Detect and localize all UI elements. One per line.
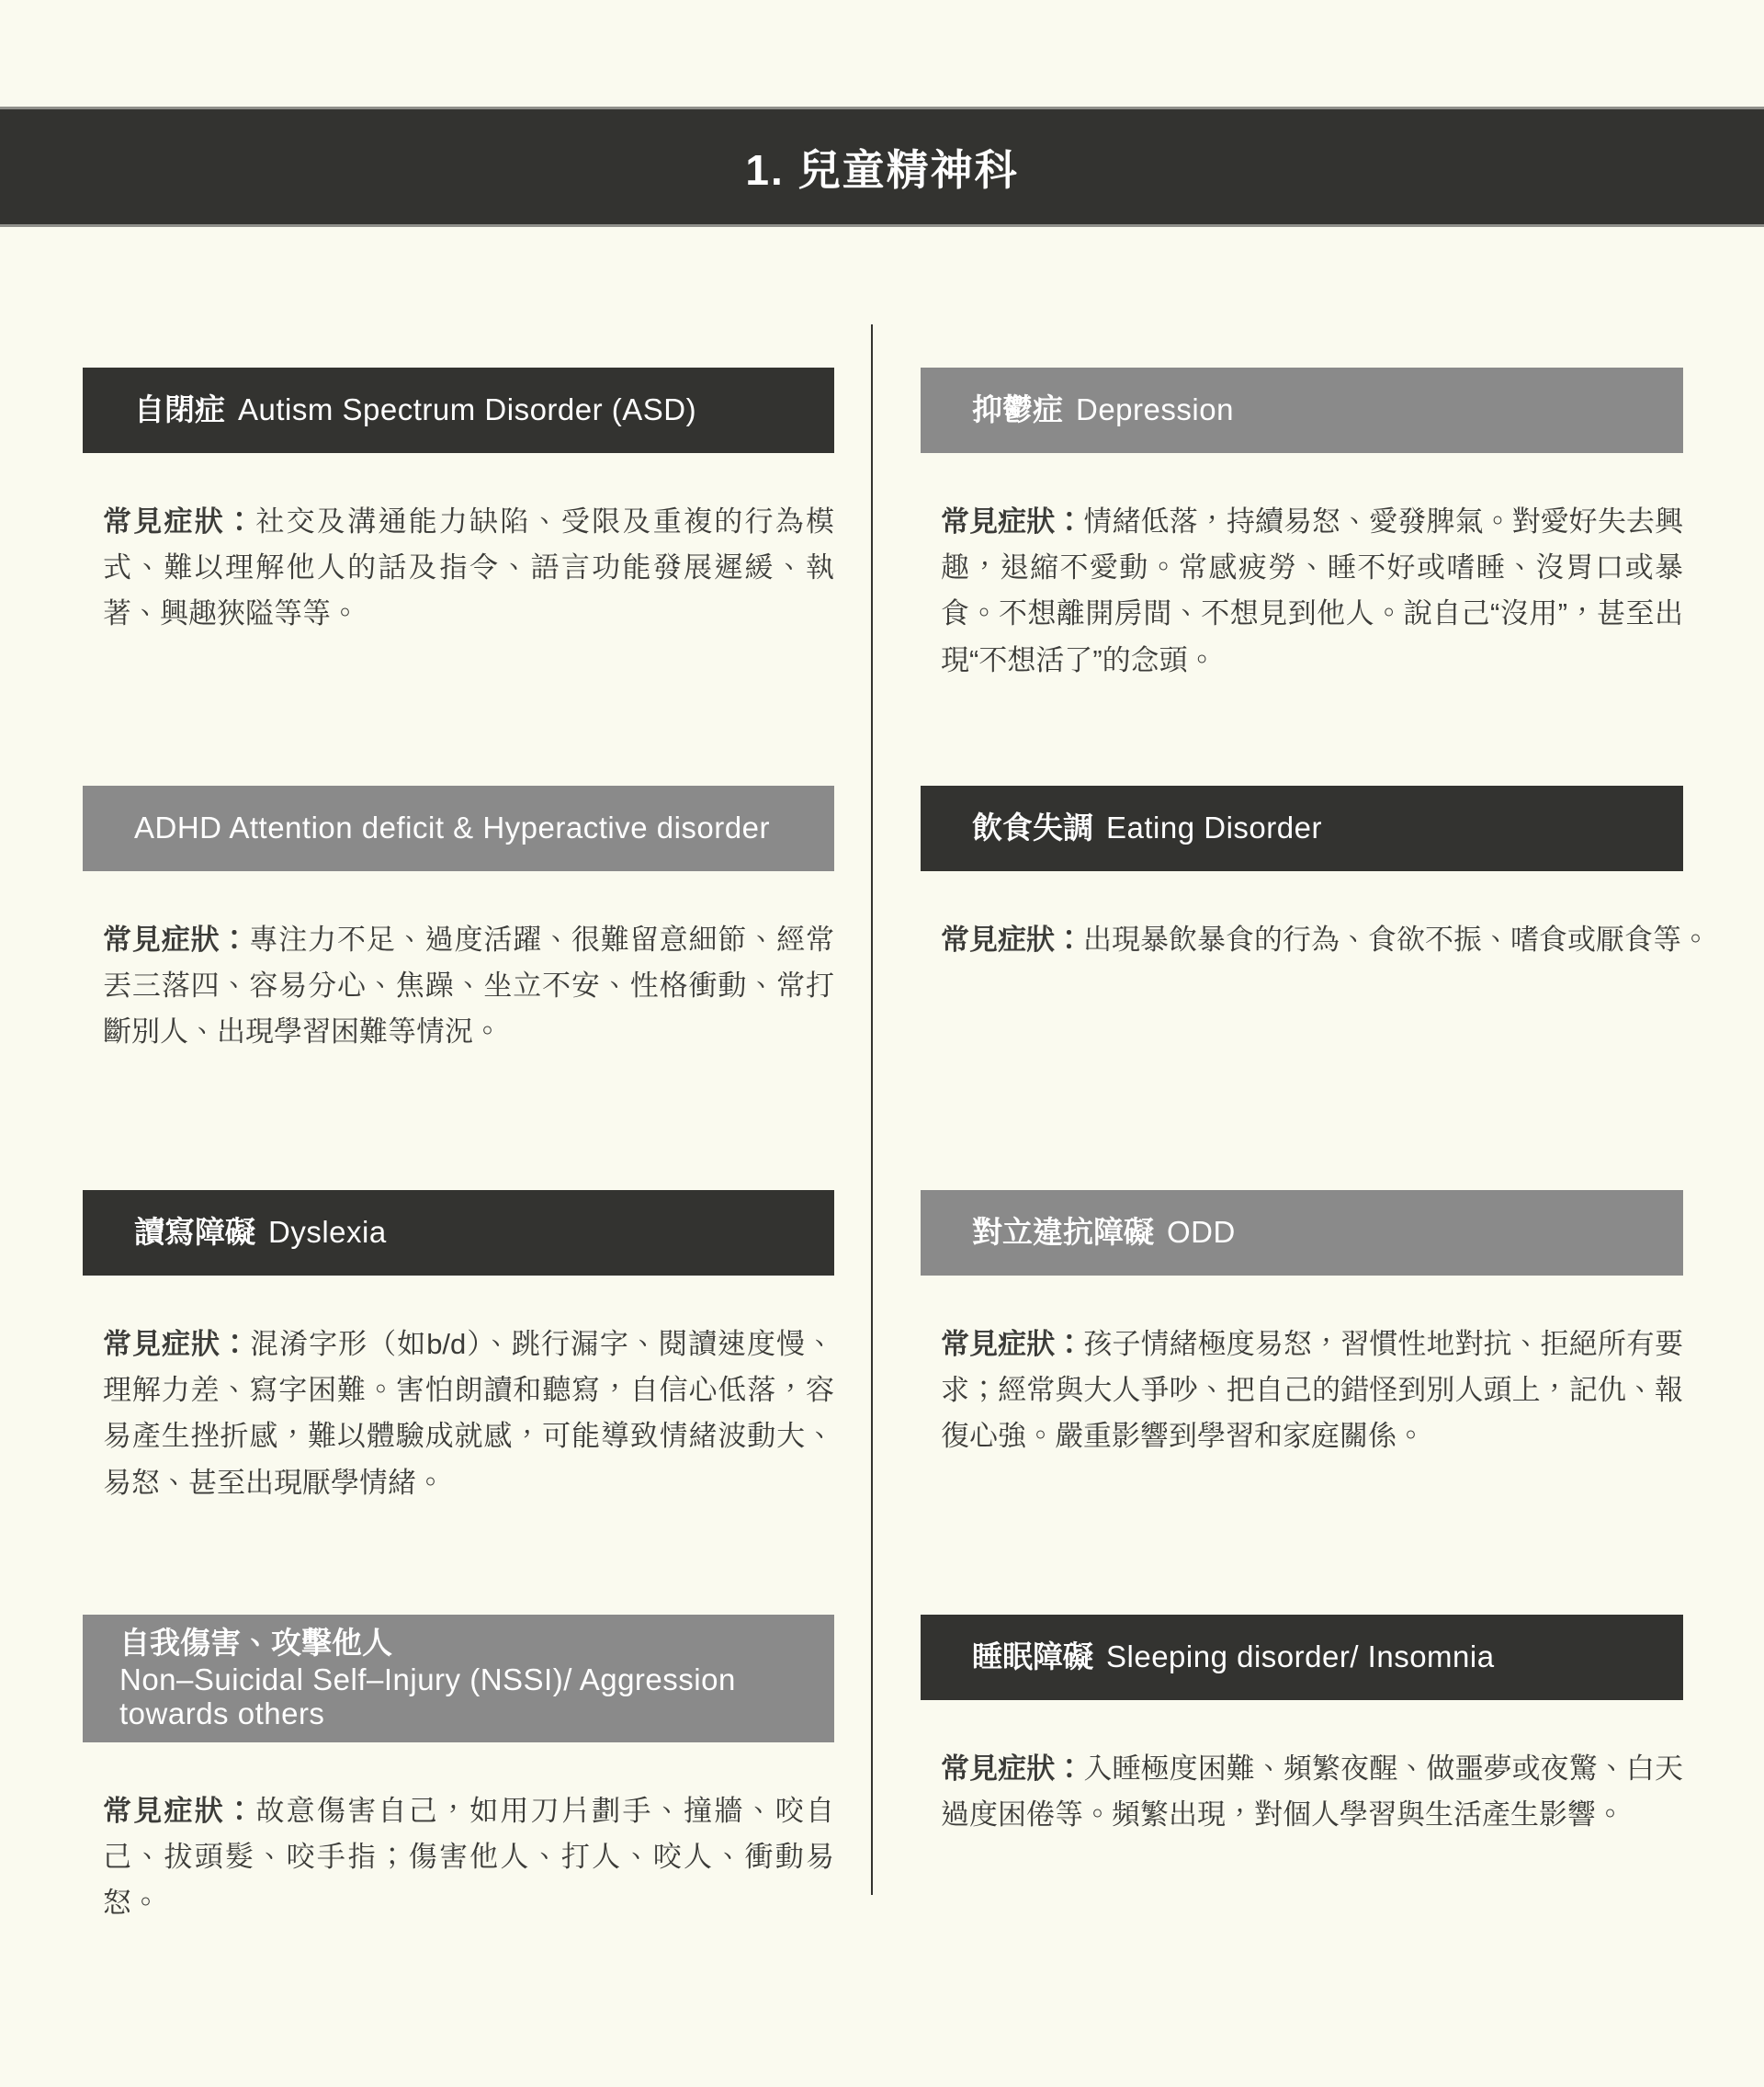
page-title: 1. 兒童精神科 — [745, 137, 1018, 198]
card-autism: 自閉症 Autism Spectrum Disorder (ASD) 常見症狀：… — [83, 368, 834, 638]
page-title-bar: 1. 兒童精神科 — [0, 107, 1764, 227]
symptom-label: 常見症狀： — [941, 505, 1083, 538]
card-title-zh: 抑鬱症 — [972, 390, 1063, 431]
card-header-odd: 對立違抗障礙 ODD — [921, 1190, 1683, 1276]
card-title-zh: 對立違抗障礙 — [972, 1212, 1154, 1253]
card-eating-disorder: 飲食失調 Eating Disorder 常見症狀：出現暴飲暴食的行為、食欲不振… — [921, 786, 1683, 963]
card-header-autism: 自閉症 Autism Spectrum Disorder (ASD) — [83, 368, 834, 453]
symptom-label: 常見症狀： — [103, 924, 249, 956]
card-body-adhd: 常見症狀：專注力不足、過度活躍、很難留意細節、經常丟三落四、容易分心、焦躁、坐立… — [83, 917, 834, 1056]
card-title-zh: 自閉症 — [134, 390, 225, 431]
card-header-eating-disorder: 飲食失調 Eating Disorder — [921, 786, 1683, 871]
card-body-depression: 常見症狀：情緒低落，持續易怒、愛發脾氣。對愛好失去興趣，退縮不愛動。常感疲勞、睡… — [921, 499, 1683, 684]
card-title-zh: 自我傷害、攻擊他人 — [119, 1626, 823, 1661]
card-depression: 抑鬱症 Depression 常見症狀：情緒低落，持續易怒、愛發脾氣。對愛好失去… — [921, 368, 1683, 684]
card-body-eating-disorder: 常見症狀：出現暴飲暴食的行為、食欲不振、嗜食或厭食等。 — [921, 917, 1683, 963]
card-header-depression: 抑鬱症 Depression — [921, 368, 1683, 453]
card-body-sleeping-disorder: 常見症狀：入睡極度困難、頻繁夜醒、做噩夢或夜驚、白天過度困倦等。頻繁出現，對個人… — [921, 1746, 1683, 1838]
card-title-en: ODD — [1167, 1212, 1236, 1253]
card-header-adhd: ADHD Attention deficit & Hyperactive dis… — [83, 786, 834, 871]
card-title-en: Depression — [1076, 390, 1234, 431]
card-title-zh: 讀寫障礙 — [134, 1212, 255, 1253]
column-divider — [871, 324, 873, 1895]
card-title-en: Dyslexia — [268, 1212, 387, 1253]
symptom-text: 出現暴飲暴食的行為、食欲不振、嗜食或厭食等。 — [1083, 924, 1710, 956]
card-title-en: ADHD Attention deficit & Hyperactive dis… — [134, 808, 770, 849]
card-title-en: Eating Disorder — [1106, 808, 1322, 849]
card-sleeping-disorder: 睡眠障礙 Sleeping disorder/ Insomnia 常見症狀：入睡… — [921, 1615, 1683, 1838]
symptom-label: 常見症狀： — [103, 1328, 250, 1360]
card-header-dyslexia: 讀寫障礙 Dyslexia — [83, 1190, 834, 1276]
card-nssi-aggression: 自我傷害、攻擊他人 Non–Suicidal Self–Injury (NSSI… — [83, 1615, 834, 1926]
infographic-page: 1. 兒童精神科 自閉症 Autism Spectrum Disorder (A… — [0, 0, 1764, 2087]
card-body-autism: 常見症狀：社交及溝通能力缺陷、受限及重複的行為模式、難以理解他人的話及指令、語言… — [83, 499, 834, 638]
card-header-nssi-aggression: 自我傷害、攻擊他人 Non–Suicidal Self–Injury (NSSI… — [83, 1615, 834, 1742]
card-title-en: Autism Spectrum Disorder (ASD) — [238, 390, 696, 431]
card-title-en: Non–Suicidal Self–Injury (NSSI)/ Aggress… — [119, 1662, 823, 1731]
card-odd: 對立違抗障礙 ODD 常見症狀：孩子情緒極度易怒，習慣性地對抗、拒絕所有要求；經… — [921, 1190, 1683, 1460]
card-title-zh: 飲食失調 — [972, 808, 1093, 849]
card-body-odd: 常見症狀：孩子情緒極度易怒，習慣性地對抗、拒絕所有要求；經常與大人爭吵、把自己的… — [921, 1321, 1683, 1460]
card-body-nssi-aggression: 常見症狀：故意傷害自己，如用刀片劃手、撞牆、咬自己、拔頭髮、咬手指；傷害他人、打… — [83, 1788, 834, 1927]
symptom-label: 常見症狀： — [941, 924, 1083, 956]
card-dyslexia: 讀寫障礙 Dyslexia 常見症狀：混淆字形（如b/d）、跳行漏字、閱讀速度慢… — [83, 1190, 834, 1506]
symptom-label: 常見症狀： — [103, 1795, 255, 1827]
symptom-label: 常見症狀： — [103, 505, 255, 538]
card-adhd: ADHD Attention deficit & Hyperactive dis… — [83, 786, 834, 1056]
card-header-sleeping-disorder: 睡眠障礙 Sleeping disorder/ Insomnia — [921, 1615, 1683, 1700]
card-title-zh: 睡眠障礙 — [972, 1637, 1093, 1678]
symptom-label: 常見症狀： — [941, 1752, 1083, 1785]
card-body-dyslexia: 常見症狀：混淆字形（如b/d）、跳行漏字、閱讀速度慢、理解力差、寫字困難。害怕朗… — [83, 1321, 834, 1506]
card-title-en: Sleeping disorder/ Insomnia — [1106, 1637, 1495, 1678]
symptom-label: 常見症狀： — [941, 1328, 1083, 1360]
